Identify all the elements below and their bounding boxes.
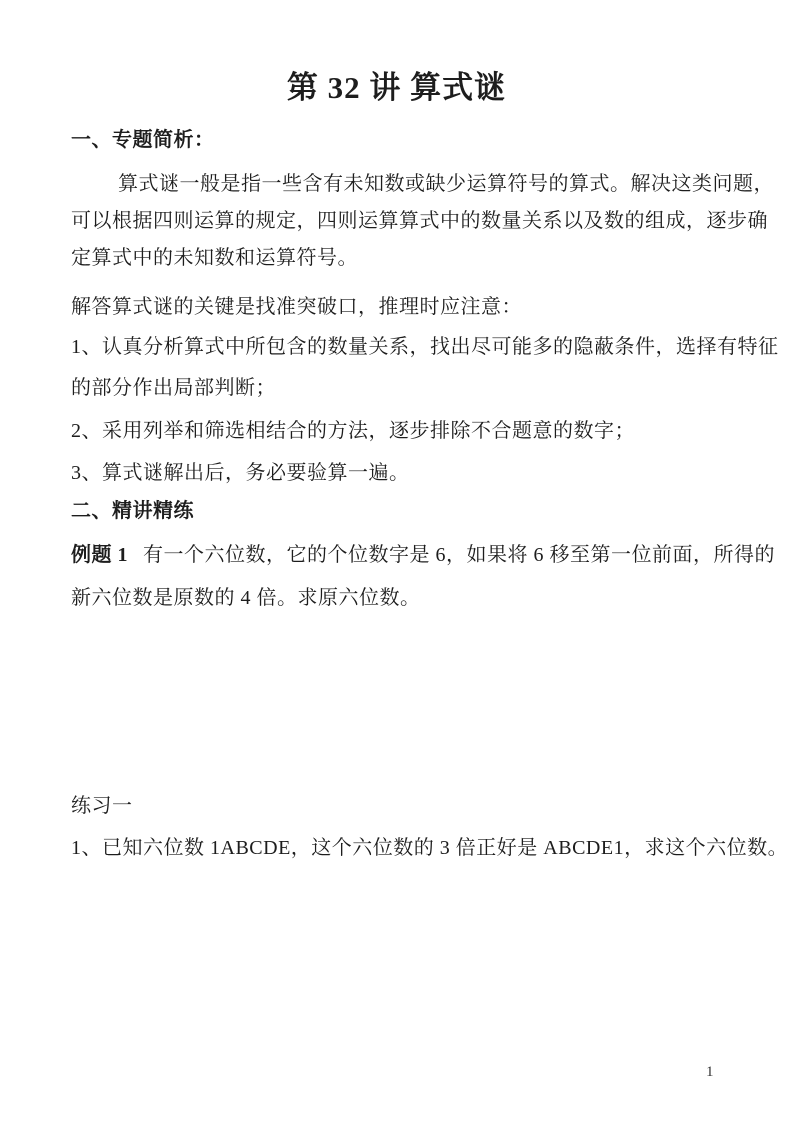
intro-line-2: 可以根据四则运算的规定，四则运算算式中的数量关系以及数的组成，逐步确 xyxy=(71,209,768,233)
intro-line-1: 算式谜一般是指一些含有未知数或缺少运算符号的算式。解决这类问题， xyxy=(118,172,774,196)
example-1-line-1: 例题 1有一个六位数，它的个位数字是 6，如果将 6 移至第一位前面，所得的 xyxy=(71,543,775,567)
section1-heading: 一、专题简析： xyxy=(71,128,215,152)
key-point-line: 解答算式谜的关键是找准突破口，推理时应注意： xyxy=(71,295,522,319)
intro-line-3: 定算式中的未知数和运算符号。 xyxy=(71,246,358,270)
practice-item-1: 1、已知六位数 1ABCDE，这个六位数的 3 倍正好是 ABCDE1，求这个六… xyxy=(71,836,788,860)
section2-heading: 二、精讲精练 xyxy=(71,499,194,523)
practice-heading: 练习一 xyxy=(71,794,133,818)
example-1-label: 例题 1 xyxy=(71,544,128,566)
example-1-line-2: 新六位数是原数的 4 倍。求原六位数。 xyxy=(71,586,421,610)
document-page: 第 32 讲 算式谜 一、专题简析： 算式谜一般是指一些含有未知数或缺少运算符号… xyxy=(0,0,793,1122)
tip-1-line-1: 1、认真分析算式中所包含的数量关系，找出尽可能多的隐蔽条件，选择有特征 xyxy=(71,335,779,359)
page-title: 第 32 讲 算式谜 xyxy=(0,70,793,106)
tip-2: 2、采用列举和筛选相结合的方法，逐步排除不合题意的数字； xyxy=(71,419,635,443)
page-number: 1 xyxy=(706,1064,714,1081)
example-1-text: 有一个六位数，它的个位数字是 6，如果将 6 移至第一位前面，所得的 xyxy=(128,544,775,566)
tip-3: 3、算式谜解出后，务必要验算一遍。 xyxy=(71,461,410,485)
tip-1-line-2: 的部分作出局部判断； xyxy=(71,376,276,400)
